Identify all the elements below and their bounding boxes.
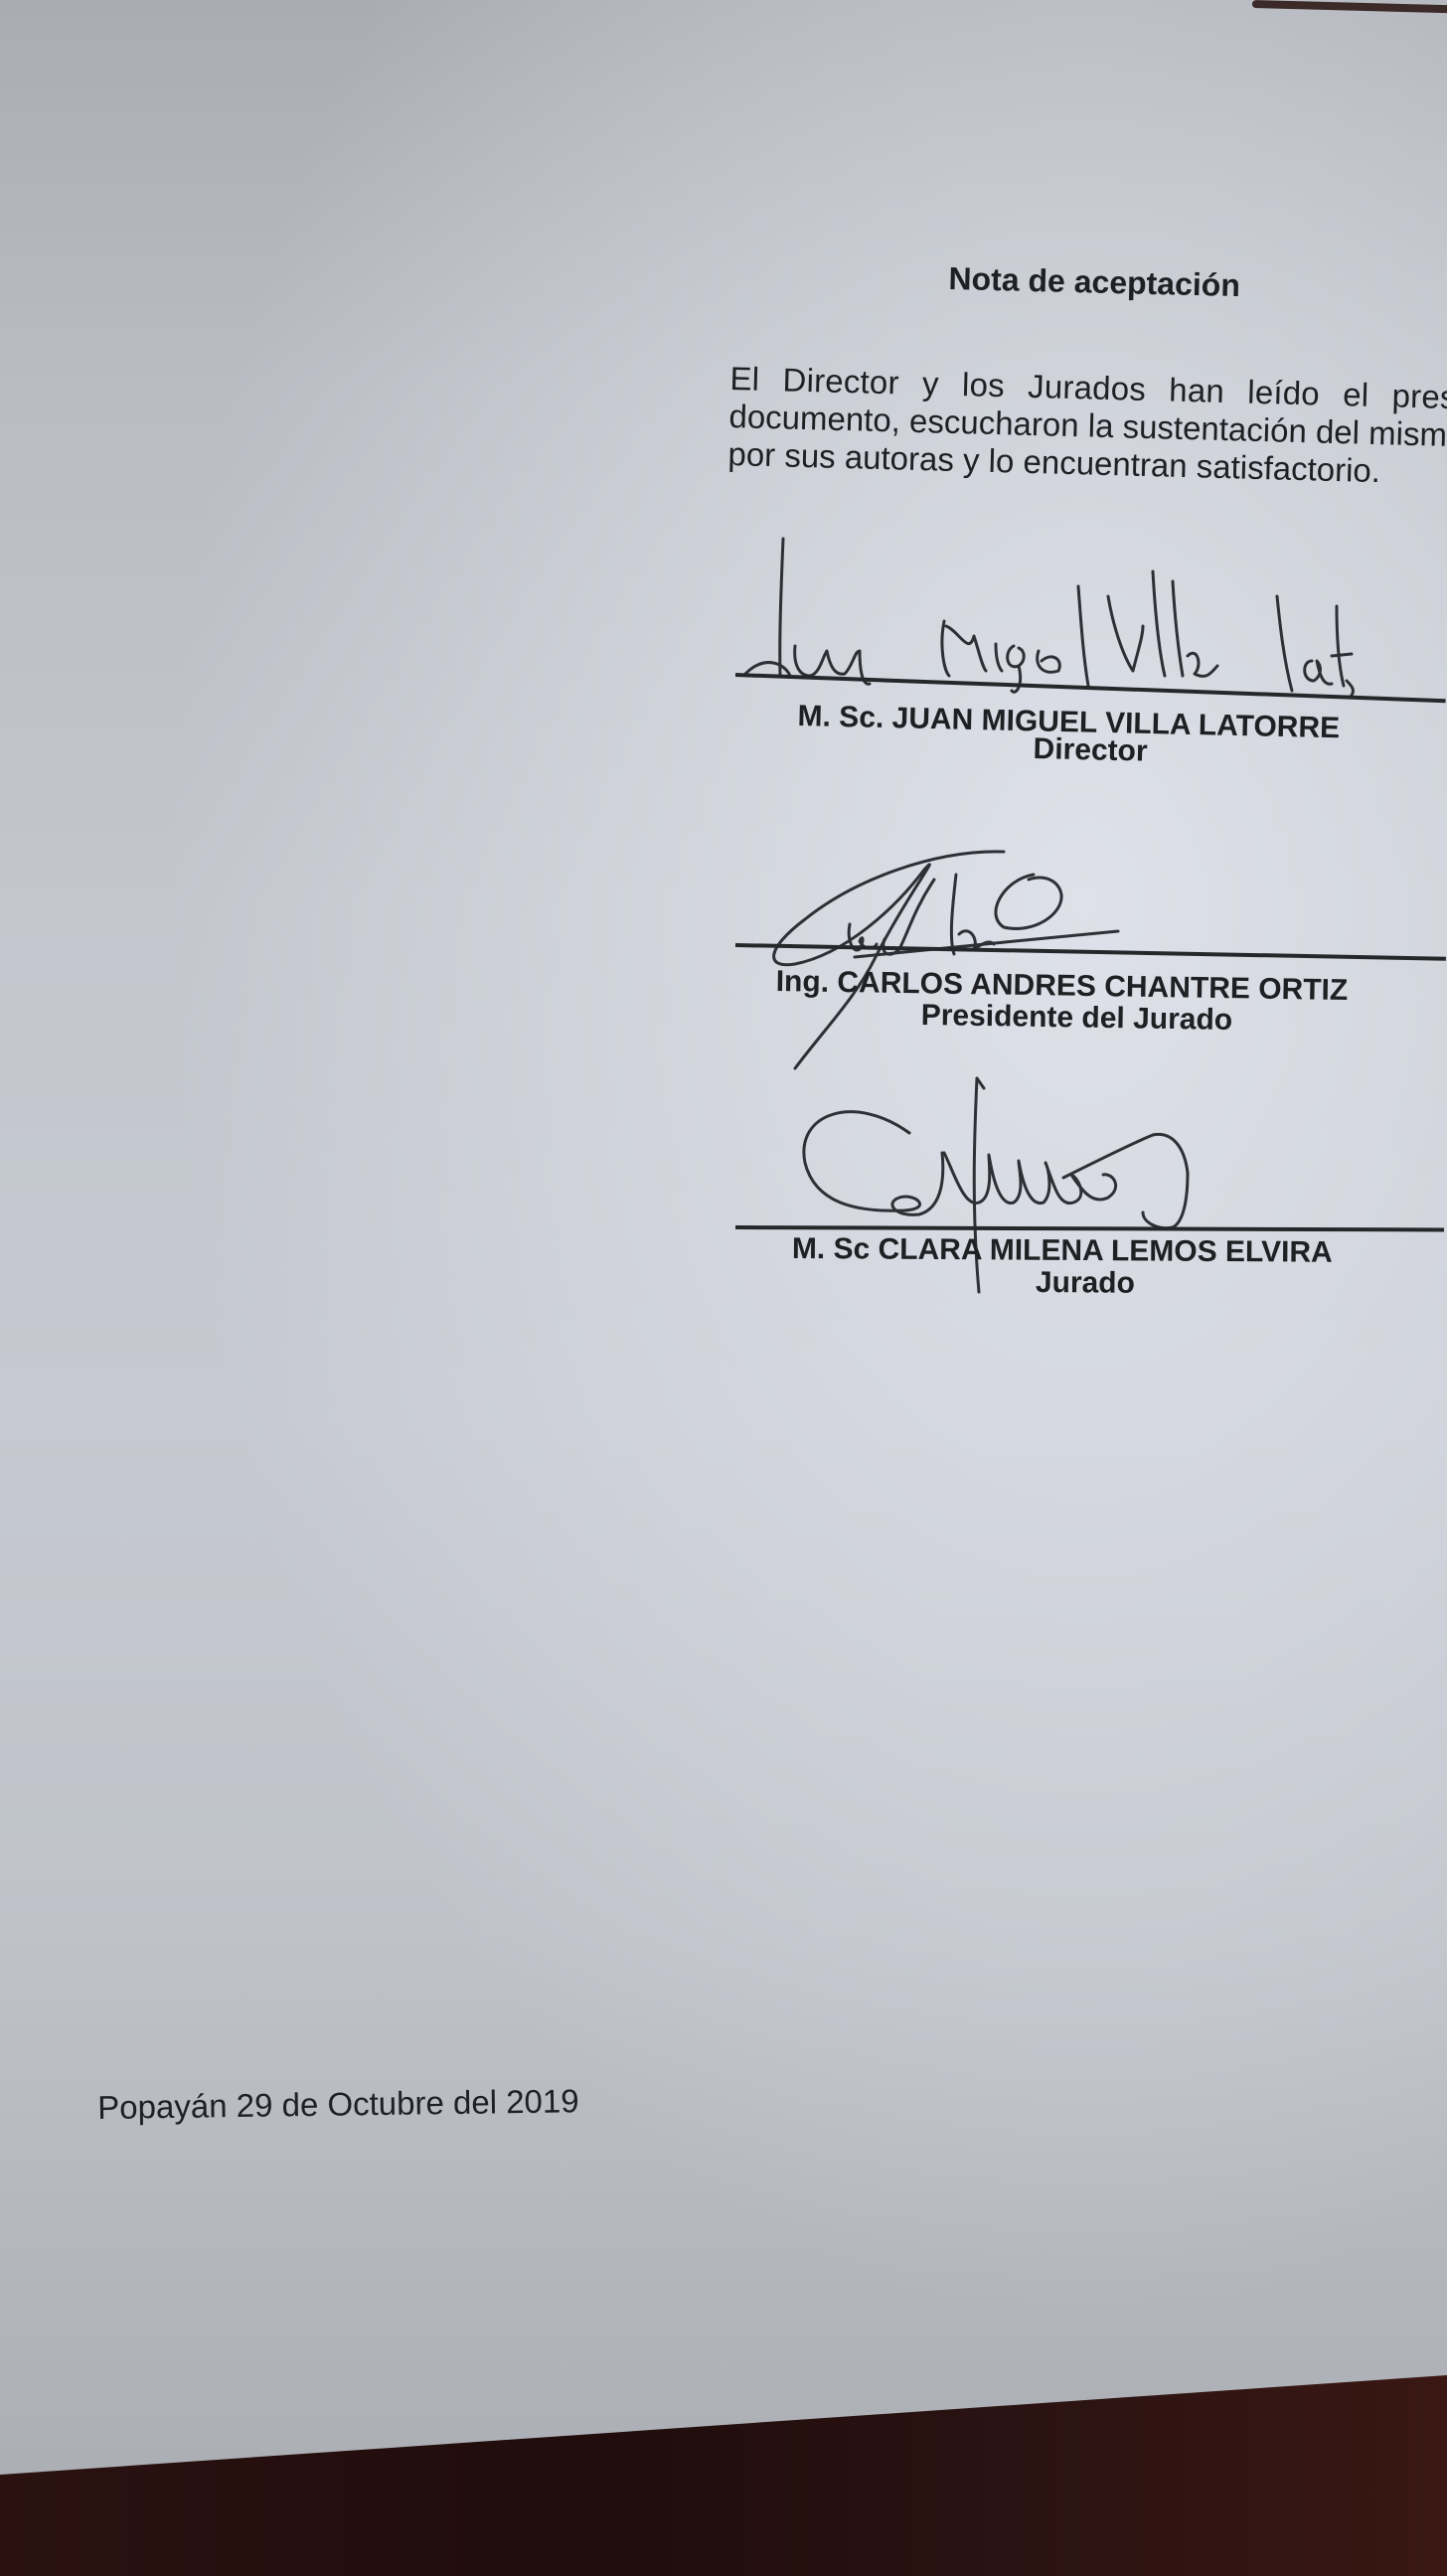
place-date: Popayán 29 de Octubre del 2019 [97,2082,579,2127]
signatory-name: M. Sc CLARA MILENA LEMOS ELVIRA [792,1232,1333,1270]
photo-stage: Nota de aceptación El Director y los Jur… [0,0,1447,2576]
signatory-role: Director [1033,732,1148,769]
signatory-role: Jurado [1036,1266,1135,1301]
signature-president [735,840,1447,1078]
paper-sheet: Nota de aceptación El Director y los Jur… [0,0,1447,2576]
acceptance-paragraph: El Director y los Jurados han leído el p… [727,360,1447,494]
document-title: Nota de aceptación [948,260,1240,304]
signatory-role: Presidente del Jurado [920,999,1232,1038]
